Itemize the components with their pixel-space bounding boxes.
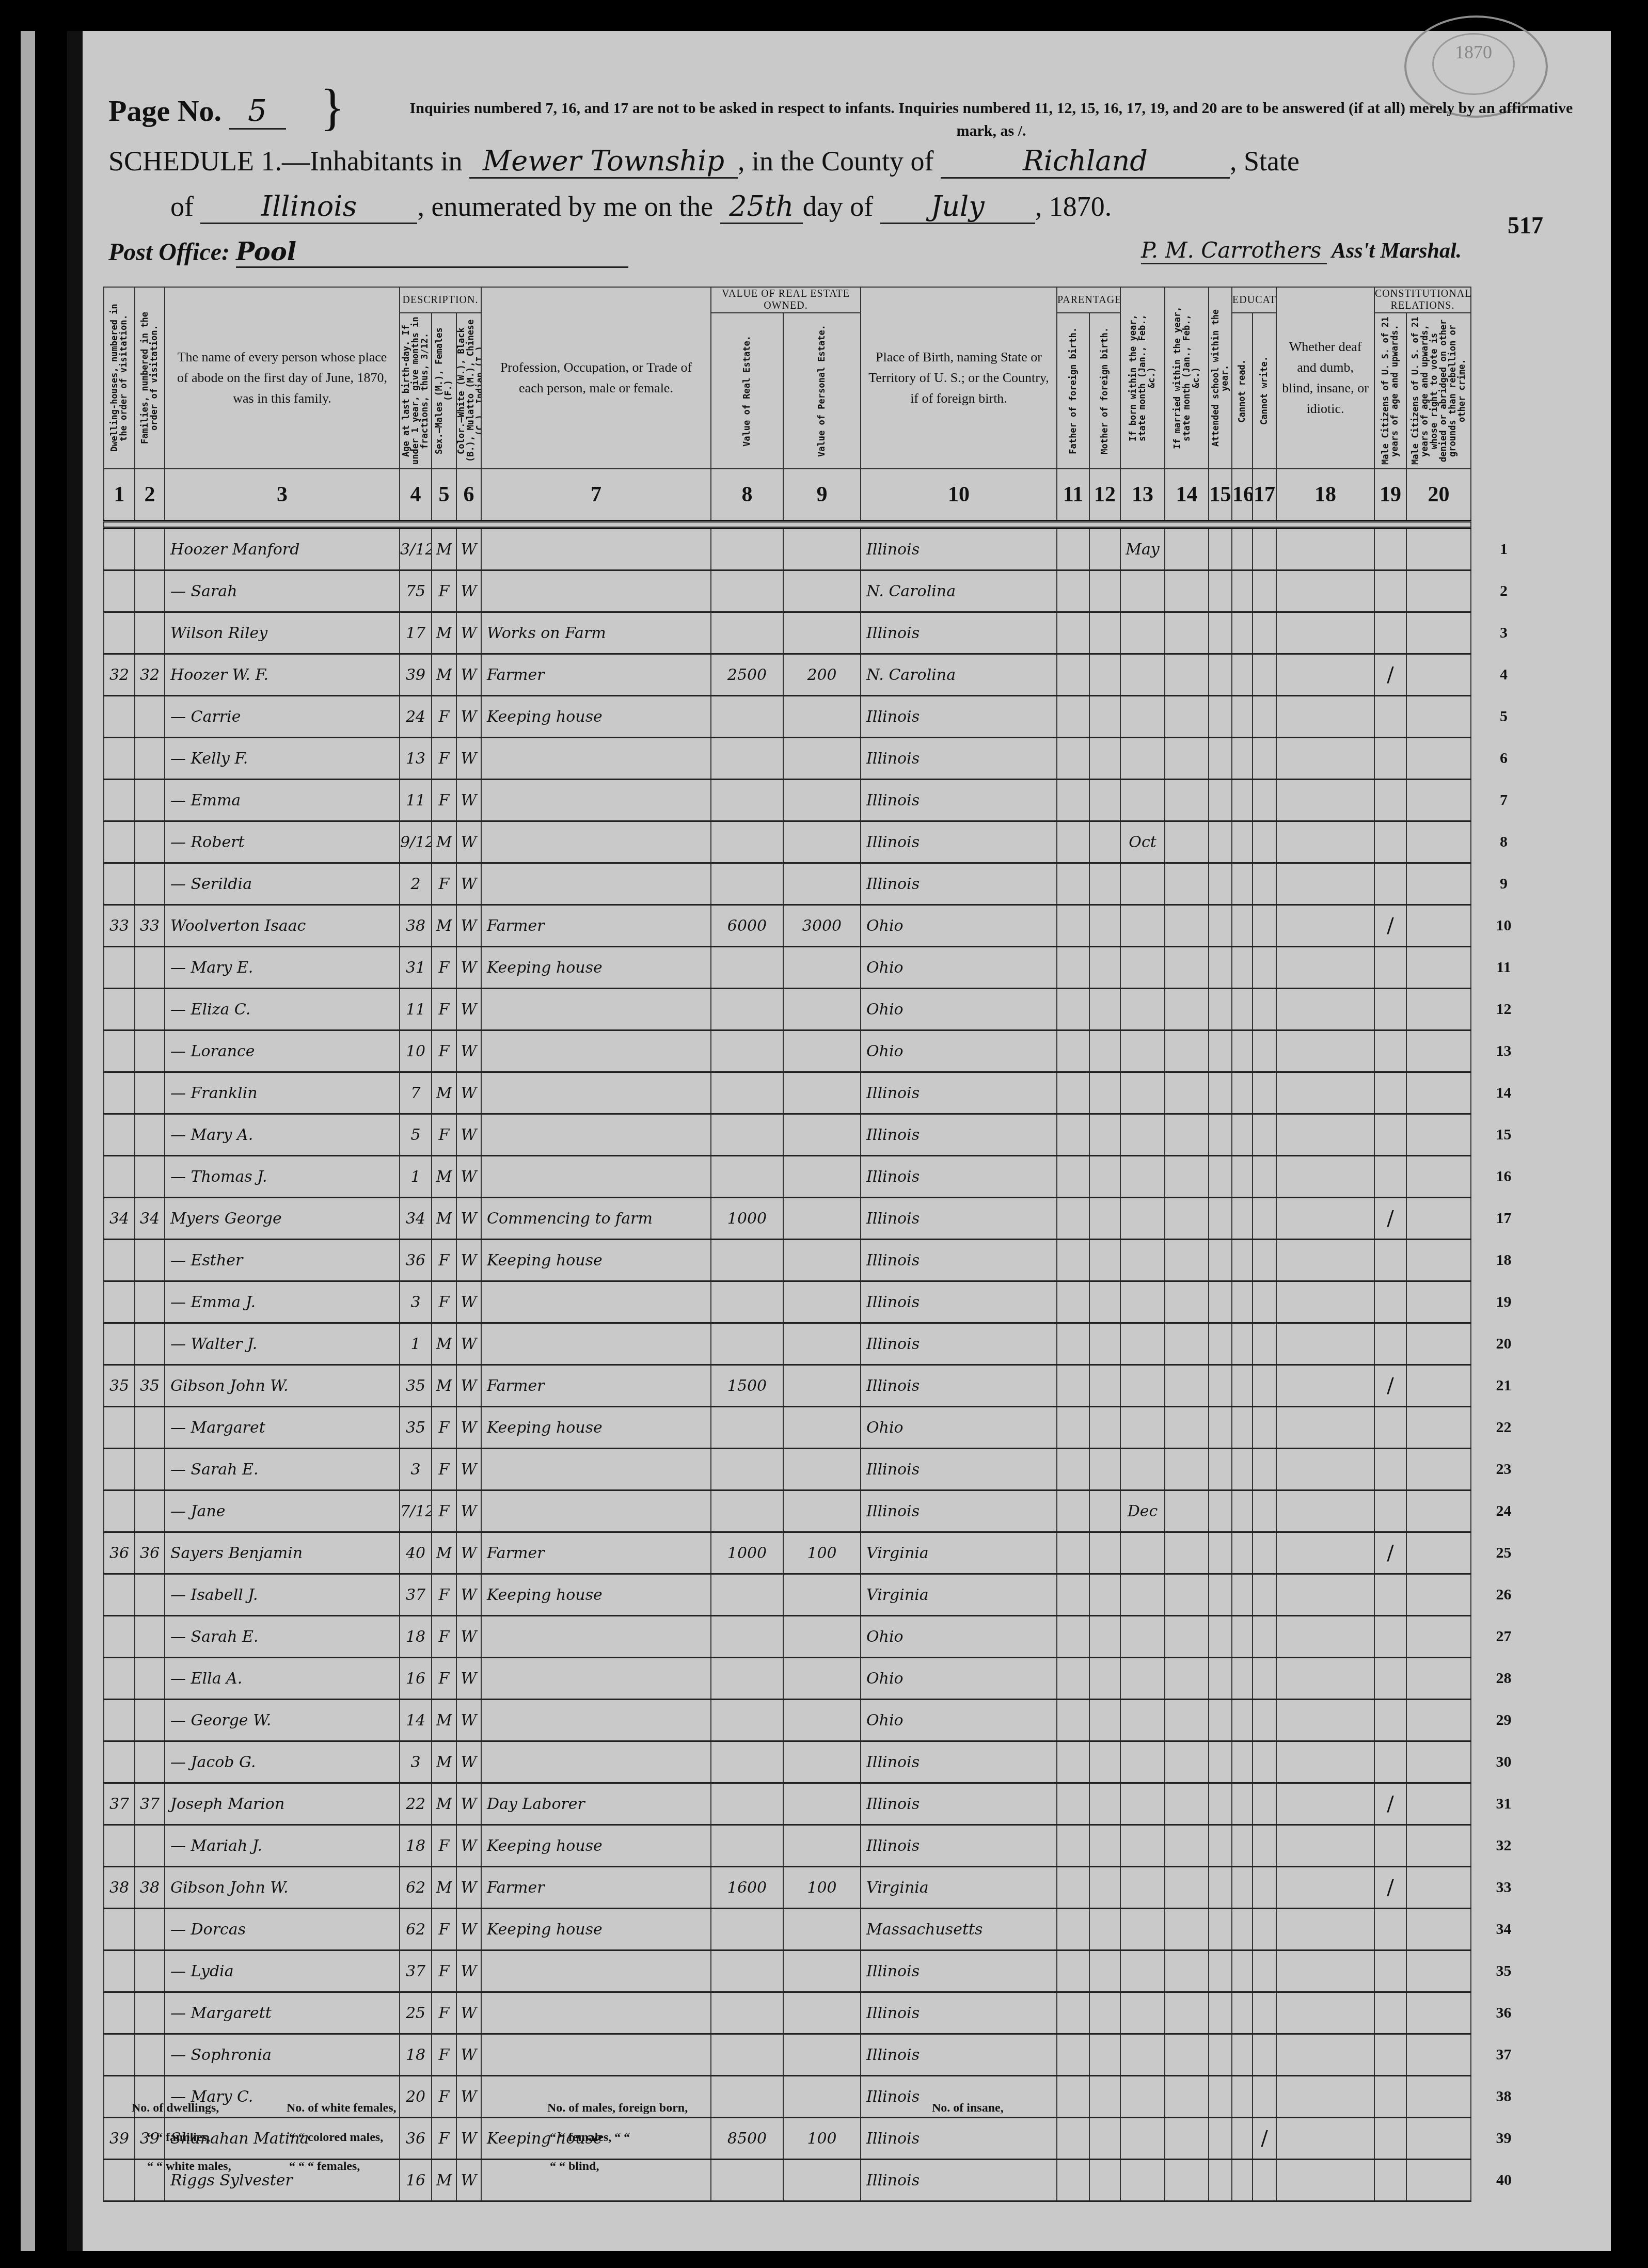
personal-estate-value xyxy=(783,696,861,738)
person-name: Joseph Marion xyxy=(165,1783,400,1825)
line-number: 6 xyxy=(1471,738,1536,780)
color: W xyxy=(456,1825,481,1867)
footer-foreign-males: No. of males, foreign born, xyxy=(547,2101,688,2115)
family-number xyxy=(135,1114,165,1156)
col10-header: Place of Birth, naming State or Territor… xyxy=(861,287,1057,469)
footer-colored-females: “ “ “ females, xyxy=(289,2160,360,2174)
born-month xyxy=(1120,1365,1165,1407)
male-citizen xyxy=(1374,1030,1406,1072)
age: 18 xyxy=(400,2034,432,2076)
cannot-read xyxy=(1232,2034,1253,2076)
sex: F xyxy=(432,947,456,989)
personal-estate-value xyxy=(783,1741,861,1783)
attended-school xyxy=(1209,528,1232,570)
cannot-read xyxy=(1232,2076,1253,2118)
age: 5 xyxy=(400,1114,432,1156)
col20-header: Male Citizens of U. S. of 21 years of ag… xyxy=(1406,313,1471,469)
cannot-read xyxy=(1232,905,1253,947)
cannot-read xyxy=(1232,1992,1253,2034)
male-citizen: / xyxy=(1374,1532,1406,1574)
infirmity xyxy=(1276,1030,1374,1072)
column-number-row: 123 456 789 101112 131415 161718 1920 xyxy=(104,469,1536,521)
attended-school xyxy=(1209,1992,1232,2034)
color: W xyxy=(456,1365,481,1407)
census-rows: Hoozer Manford3/12MWIllinoisMay1— Sarah7… xyxy=(104,528,1536,2201)
personal-estate-value xyxy=(783,780,861,821)
real-estate-value: 1000 xyxy=(711,1532,783,1574)
mother-foreign xyxy=(1089,1616,1120,1658)
table-row: — Isabell J.37FWKeeping houseVirginia26 xyxy=(104,1574,1536,1616)
sex: F xyxy=(432,1658,456,1700)
age: 7/12 xyxy=(400,1490,432,1532)
dwelling-number xyxy=(104,821,135,863)
color: W xyxy=(456,1909,481,1950)
vote-denied xyxy=(1406,1030,1471,1072)
male-citizen xyxy=(1374,1616,1406,1658)
occupation: Farmer xyxy=(481,1365,711,1407)
infirmity xyxy=(1276,1072,1374,1114)
father-foreign xyxy=(1057,1574,1089,1616)
real-estate-value xyxy=(711,1950,783,1992)
cannot-read xyxy=(1232,2160,1253,2201)
birthplace: Illinois xyxy=(861,1365,1057,1407)
male-citizen xyxy=(1374,1072,1406,1114)
occupation xyxy=(481,1072,711,1114)
birthplace: Illinois xyxy=(861,1783,1057,1825)
family-number xyxy=(135,1616,165,1658)
table-row: — Thomas J.1MWIllinois16 xyxy=(104,1156,1536,1198)
attended-school xyxy=(1209,1741,1232,1783)
personal-estate-value xyxy=(783,989,861,1030)
table-row: — Sarah E.18FWOhio27 xyxy=(104,1616,1536,1658)
table-row: — Kelly F.13FWIllinois6 xyxy=(104,738,1536,780)
family-number xyxy=(135,612,165,654)
constitutional-group-header: CONSTITUTIONAL RELATIONS. xyxy=(1374,287,1471,313)
vote-denied xyxy=(1406,1658,1471,1700)
sex: M xyxy=(432,1867,456,1909)
born-month xyxy=(1120,1950,1165,1992)
age: 35 xyxy=(400,1365,432,1407)
real-estate-value: 1500 xyxy=(711,1365,783,1407)
state-label: , State xyxy=(1230,146,1300,177)
attended-school xyxy=(1209,1909,1232,1950)
vote-denied xyxy=(1406,2118,1471,2160)
sex: F xyxy=(432,1950,456,1992)
person-name: — Mary E. xyxy=(165,947,400,989)
person-name: — Margarett xyxy=(165,1992,400,2034)
family-number: 32 xyxy=(135,654,165,696)
col3-header: The name of every person whose place of … xyxy=(165,287,400,469)
born-month xyxy=(1120,1700,1165,1741)
father-foreign xyxy=(1057,1072,1089,1114)
day-of-label: day of xyxy=(803,191,873,222)
born-month xyxy=(1120,780,1165,821)
vote-denied xyxy=(1406,1825,1471,1867)
dwelling-number: 34 xyxy=(104,1198,135,1240)
color: W xyxy=(456,570,481,612)
born-month xyxy=(1120,1532,1165,1574)
vote-denied xyxy=(1406,905,1471,947)
sex: F xyxy=(432,1407,456,1449)
male-citizen xyxy=(1374,1909,1406,1950)
sex: M xyxy=(432,1156,456,1198)
cannot-write xyxy=(1253,1992,1276,2034)
county-field: Richland xyxy=(941,145,1230,179)
personal-estate-value xyxy=(783,1323,861,1365)
sex: F xyxy=(432,1574,456,1616)
father-foreign xyxy=(1057,2118,1089,2160)
col1-header: Dwelling-houses, numbered in the order o… xyxy=(104,287,135,469)
col11-header: Father of foreign birth. xyxy=(1057,313,1089,469)
table-row: — Sophronia18FWIllinois37 xyxy=(104,2034,1536,2076)
family-number xyxy=(135,1490,165,1532)
personal-estate-value xyxy=(783,1825,861,1867)
dwelling-number xyxy=(104,696,135,738)
table-row: 3838Gibson John W.62MWFarmer1600100Virgi… xyxy=(104,1867,1536,1909)
male-citizen xyxy=(1374,1658,1406,1700)
age: 75 xyxy=(400,570,432,612)
color: W xyxy=(456,1658,481,1700)
mother-foreign xyxy=(1089,905,1120,947)
father-foreign xyxy=(1057,1407,1089,1449)
married-month xyxy=(1165,1783,1209,1825)
cannot-read xyxy=(1232,989,1253,1030)
family-number xyxy=(135,1323,165,1365)
born-month xyxy=(1120,947,1165,989)
cannot-read xyxy=(1232,1741,1253,1783)
family-number xyxy=(135,1700,165,1741)
male-citizen xyxy=(1374,528,1406,570)
col15-header: Attended school within the year. xyxy=(1209,287,1232,469)
cannot-write xyxy=(1253,528,1276,570)
infirmity xyxy=(1276,1407,1374,1449)
infirmity xyxy=(1276,612,1374,654)
marshal-signature: P. M. Carrothers xyxy=(1141,237,1327,264)
birthplace: Ohio xyxy=(861,1616,1057,1658)
infirmity xyxy=(1276,1114,1374,1156)
dwelling-number xyxy=(104,738,135,780)
family-number: 36 xyxy=(135,1532,165,1574)
birthplace: Illinois xyxy=(861,780,1057,821)
cannot-write xyxy=(1253,905,1276,947)
table-row: 3333Woolverton Isaac38MWFarmer60003000Oh… xyxy=(104,905,1536,947)
col6-header: Color.—White (W.), Black (B.), Mulatto (… xyxy=(456,313,481,469)
family-number xyxy=(135,1909,165,1950)
sex: F xyxy=(432,1281,456,1323)
sex: F xyxy=(432,989,456,1030)
birthplace: Ohio xyxy=(861,989,1057,1030)
sex: F xyxy=(432,1825,456,1867)
born-month xyxy=(1120,1114,1165,1156)
male-citizen: / xyxy=(1374,905,1406,947)
line-number: 16 xyxy=(1471,1156,1536,1198)
birthplace: Ohio xyxy=(861,947,1057,989)
cannot-read xyxy=(1232,780,1253,821)
attended-school xyxy=(1209,863,1232,905)
male-citizen: / xyxy=(1374,1198,1406,1240)
infirmity xyxy=(1276,1156,1374,1198)
occupation xyxy=(481,989,711,1030)
family-number xyxy=(135,780,165,821)
personal-estate-value: 3000 xyxy=(783,905,861,947)
male-citizen xyxy=(1374,1825,1406,1867)
male-citizen xyxy=(1374,989,1406,1030)
born-month xyxy=(1120,905,1165,947)
real-estate-value: 6000 xyxy=(711,905,783,947)
attended-school xyxy=(1209,989,1232,1030)
age: 34 xyxy=(400,1198,432,1240)
birthplace: Illinois xyxy=(861,528,1057,570)
mother-foreign xyxy=(1089,528,1120,570)
vote-denied xyxy=(1406,1950,1471,1992)
occupation xyxy=(481,1156,711,1198)
mother-foreign xyxy=(1089,1407,1120,1449)
occupation: Farmer xyxy=(481,654,711,696)
dwelling-number xyxy=(104,2076,135,2118)
page-number-value: 5 xyxy=(229,93,286,130)
mother-foreign xyxy=(1089,1114,1120,1156)
person-name: — Kelly F. xyxy=(165,738,400,780)
family-number xyxy=(135,1030,165,1072)
mother-foreign xyxy=(1089,1741,1120,1783)
cannot-write xyxy=(1253,2160,1276,2201)
table-row: — Jane7/12FWIllinoisDec24 xyxy=(104,1490,1536,1532)
vote-denied xyxy=(1406,1449,1471,1490)
birthplace: Illinois xyxy=(861,863,1057,905)
post-office-label: Post Office: xyxy=(108,239,230,266)
personal-estate-value: 100 xyxy=(783,1867,861,1909)
col7-header: Profession, Occupation, or Trade of each… xyxy=(481,287,711,469)
cannot-write xyxy=(1253,1114,1276,1156)
family-number xyxy=(135,1574,165,1616)
born-month xyxy=(1120,1867,1165,1909)
sex: M xyxy=(432,1700,456,1741)
post-office-line: Post Office: Pool xyxy=(108,237,628,268)
line-number: 11 xyxy=(1471,947,1536,989)
born-month xyxy=(1120,1240,1165,1281)
married-month xyxy=(1165,1532,1209,1574)
table-row: — Mariah J.18FWKeeping houseIllinois32 xyxy=(104,1825,1536,1867)
married-month xyxy=(1165,654,1209,696)
occupation: Farmer xyxy=(481,905,711,947)
table-row: Wilson Riley17MWWorks on FarmIllinois3 xyxy=(104,612,1536,654)
birthplace: Illinois xyxy=(861,1490,1057,1532)
birthplace: Illinois xyxy=(861,1449,1057,1490)
color: W xyxy=(456,1490,481,1532)
person-name: — Jacob G. xyxy=(165,1741,400,1783)
personal-estate-value xyxy=(783,1072,861,1114)
occupation xyxy=(481,1449,711,1490)
col4-header: Age at last birth-day. If under 1 year, … xyxy=(400,313,432,469)
father-foreign xyxy=(1057,1950,1089,1992)
male-citizen xyxy=(1374,570,1406,612)
family-number xyxy=(135,1449,165,1490)
personal-estate-value xyxy=(783,1909,861,1950)
dwelling-number xyxy=(104,1490,135,1532)
cannot-read xyxy=(1232,1658,1253,1700)
mother-foreign xyxy=(1089,863,1120,905)
cannot-write xyxy=(1253,738,1276,780)
line-number: 40 xyxy=(1471,2160,1536,2201)
sex: F xyxy=(432,863,456,905)
col13-header: If born within the year, state month (Ja… xyxy=(1120,287,1165,469)
married-month xyxy=(1165,1490,1209,1532)
dwelling-number: 37 xyxy=(104,1783,135,1825)
married-month xyxy=(1165,1323,1209,1365)
vote-denied xyxy=(1406,2076,1471,2118)
age: 37 xyxy=(400,1950,432,1992)
born-month xyxy=(1120,1658,1165,1700)
birthplace: Illinois xyxy=(861,2160,1057,2201)
cannot-read xyxy=(1232,570,1253,612)
color: W xyxy=(456,905,481,947)
age: 1 xyxy=(400,1156,432,1198)
father-foreign xyxy=(1057,1867,1089,1909)
birthplace: Ohio xyxy=(861,1407,1057,1449)
cannot-read xyxy=(1232,947,1253,989)
line-number: 13 xyxy=(1471,1030,1536,1072)
table-row: 3434Myers George34MWCommencing to farm10… xyxy=(104,1198,1536,1240)
year-label: , 1870. xyxy=(1035,191,1112,222)
infirmity xyxy=(1276,570,1374,612)
film-edge xyxy=(21,31,35,2251)
mother-foreign xyxy=(1089,1490,1120,1532)
person-name: Hoozer Manford xyxy=(165,528,400,570)
father-foreign xyxy=(1057,654,1089,696)
cannot-write xyxy=(1253,1449,1276,1490)
cannot-write xyxy=(1253,1240,1276,1281)
occupation xyxy=(481,528,711,570)
footer-white-males: “ “ white males, xyxy=(147,2160,231,2174)
infirmity xyxy=(1276,1825,1374,1867)
schedule-line: SCHEDULE 1.—Inhabitants in Mewer Townshi… xyxy=(108,145,1300,179)
male-citizen xyxy=(1374,1156,1406,1198)
person-name: — Sarah xyxy=(165,570,400,612)
line-number: 22 xyxy=(1471,1407,1536,1449)
vote-denied xyxy=(1406,1616,1471,1658)
color: W xyxy=(456,1867,481,1909)
birthplace: N. Carolina xyxy=(861,654,1057,696)
cannot-read xyxy=(1232,2118,1253,2160)
table-row: — Jacob G.3MWIllinois30 xyxy=(104,1741,1536,1783)
father-foreign xyxy=(1057,1240,1089,1281)
infirmity xyxy=(1276,696,1374,738)
mother-foreign xyxy=(1089,2034,1120,2076)
mother-foreign xyxy=(1089,654,1120,696)
color: W xyxy=(456,2034,481,2076)
attended-school xyxy=(1209,2118,1232,2160)
mother-foreign xyxy=(1089,612,1120,654)
born-month xyxy=(1120,1156,1165,1198)
cannot-write xyxy=(1253,1783,1276,1825)
dwelling-number xyxy=(104,1240,135,1281)
father-foreign xyxy=(1057,1449,1089,1490)
color: W xyxy=(456,2076,481,2118)
vote-denied xyxy=(1406,612,1471,654)
footer-dwellings: No. of dwellings, xyxy=(132,2101,219,2115)
father-foreign xyxy=(1057,821,1089,863)
father-foreign xyxy=(1057,1658,1089,1700)
cannot-write xyxy=(1253,1072,1276,1114)
line-number: 23 xyxy=(1471,1449,1536,1490)
married-month xyxy=(1165,821,1209,863)
line-number: 27 xyxy=(1471,1616,1536,1658)
family-number xyxy=(135,989,165,1030)
brace-glyph: } xyxy=(320,77,345,137)
cannot-write xyxy=(1253,1156,1276,1198)
birthplace: Illinois xyxy=(861,2118,1057,2160)
schedule-label: SCHEDULE 1.—Inhabitants in xyxy=(108,146,462,177)
real-estate-value xyxy=(711,1072,783,1114)
born-month: May xyxy=(1120,528,1165,570)
real-estate-value: 2500 xyxy=(711,654,783,696)
vote-denied xyxy=(1406,1867,1471,1909)
age: 62 xyxy=(400,1867,432,1909)
cannot-write xyxy=(1253,1281,1276,1323)
color: W xyxy=(456,1741,481,1783)
cannot-read xyxy=(1232,1950,1253,1992)
table-row: — Robert9/12MWIllinoisOct8 xyxy=(104,821,1536,863)
cannot-write xyxy=(1253,947,1276,989)
color: W xyxy=(456,1783,481,1825)
age: 16 xyxy=(400,2160,432,2201)
person-name: Woolverton Isaac xyxy=(165,905,400,947)
line-number: 38 xyxy=(1471,2076,1536,2118)
real-estate-value xyxy=(711,1407,783,1449)
male-citizen xyxy=(1374,821,1406,863)
person-name: — Jane xyxy=(165,1490,400,1532)
marshal-line: P. M. Carrothers Ass't Marshal. xyxy=(1141,237,1462,264)
occupation xyxy=(481,2034,711,2076)
person-name: — Carrie xyxy=(165,696,400,738)
person-name: — Serildia xyxy=(165,863,400,905)
cannot-write xyxy=(1253,2034,1276,2076)
age: 31 xyxy=(400,947,432,989)
age: 3 xyxy=(400,1449,432,1490)
vote-denied xyxy=(1406,654,1471,696)
dwelling-number xyxy=(104,1072,135,1114)
cannot-read xyxy=(1232,863,1253,905)
real-estate-value xyxy=(711,1323,783,1365)
vote-denied xyxy=(1406,528,1471,570)
table-row: 3535Gibson John W.35MWFarmer1500Illinois… xyxy=(104,1365,1536,1407)
born-month xyxy=(1120,1909,1165,1950)
line-number: 32 xyxy=(1471,1825,1536,1867)
cannot-read xyxy=(1232,1490,1253,1532)
dwelling-number xyxy=(104,947,135,989)
cannot-read xyxy=(1232,1700,1253,1741)
line-number: 36 xyxy=(1471,1992,1536,2034)
cannot-read xyxy=(1232,821,1253,863)
cannot-read xyxy=(1232,1407,1253,1449)
person-name: — Mary A. xyxy=(165,1114,400,1156)
cannot-write xyxy=(1253,989,1276,1030)
sex: F xyxy=(432,1909,456,1950)
attended-school xyxy=(1209,1658,1232,1700)
family-number xyxy=(135,2034,165,2076)
enumeration-line: of Illinois, enumerated by me on the 25t… xyxy=(170,190,1112,224)
mother-foreign xyxy=(1089,1198,1120,1240)
infirmity xyxy=(1276,1658,1374,1700)
dwelling-number xyxy=(104,1407,135,1449)
infirmity xyxy=(1276,2160,1374,2201)
infirmity xyxy=(1276,2034,1374,2076)
real-estate-value xyxy=(711,1741,783,1783)
birthplace: Illinois xyxy=(861,821,1057,863)
age: 7 xyxy=(400,1072,432,1114)
age: 38 xyxy=(400,905,432,947)
birthplace: Illinois xyxy=(861,612,1057,654)
